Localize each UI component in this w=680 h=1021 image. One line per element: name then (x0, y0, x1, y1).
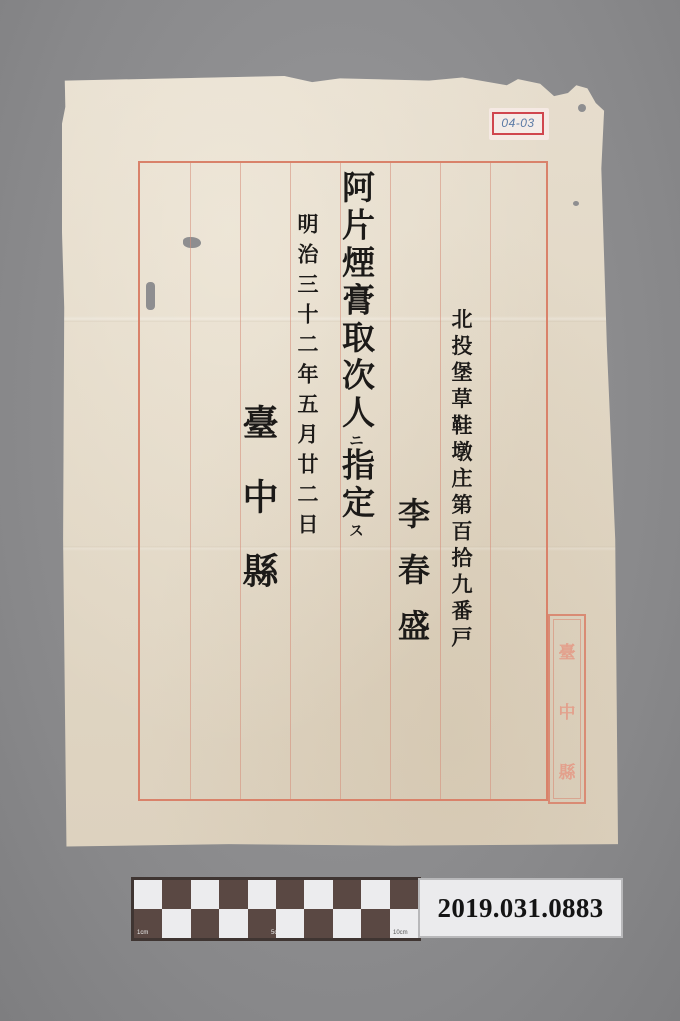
sheet-number: 04-03 (492, 112, 544, 135)
recipient-address: 北投堡草鞋墩庄第百拾九番戸 (451, 308, 472, 653)
title-suffix: ス (347, 523, 365, 538)
document-date: 明治三十二年五月廿二日 (297, 213, 318, 543)
sheet-number-label: 04-03 (489, 108, 549, 140)
scale-tick-label: 1cm (137, 930, 148, 936)
column-rule (490, 163, 491, 799)
scale-tick-label: 10cm (393, 930, 408, 936)
color-scale-bar: 1cm 5cm 10cm (131, 877, 421, 941)
accession-number-label: 2019.031.0883 (418, 878, 623, 938)
column-rule (290, 163, 291, 799)
scale-tick-label: 5cm (271, 930, 282, 936)
column-rule (190, 163, 191, 799)
seal-char: 縣 (550, 758, 584, 783)
column-rule (390, 163, 391, 799)
paper-hole (578, 104, 586, 112)
document-title: 阿片煙膏取次人ニ指定ス (340, 170, 373, 538)
issuing-authority: 臺中縣 (240, 404, 276, 626)
seal-char: 中 (550, 698, 584, 723)
printed-seal-column: 臺 中 縣 (548, 614, 586, 804)
recipient-name: 李春盛 (396, 497, 428, 665)
paper-hole (573, 201, 579, 206)
title-end: 指定 (337, 448, 376, 523)
title-particle: ニ (347, 433, 365, 448)
column-rule (440, 163, 441, 799)
seal-char: 臺 (550, 638, 584, 663)
title-main: 阿片煙膏取次人 (337, 170, 376, 433)
